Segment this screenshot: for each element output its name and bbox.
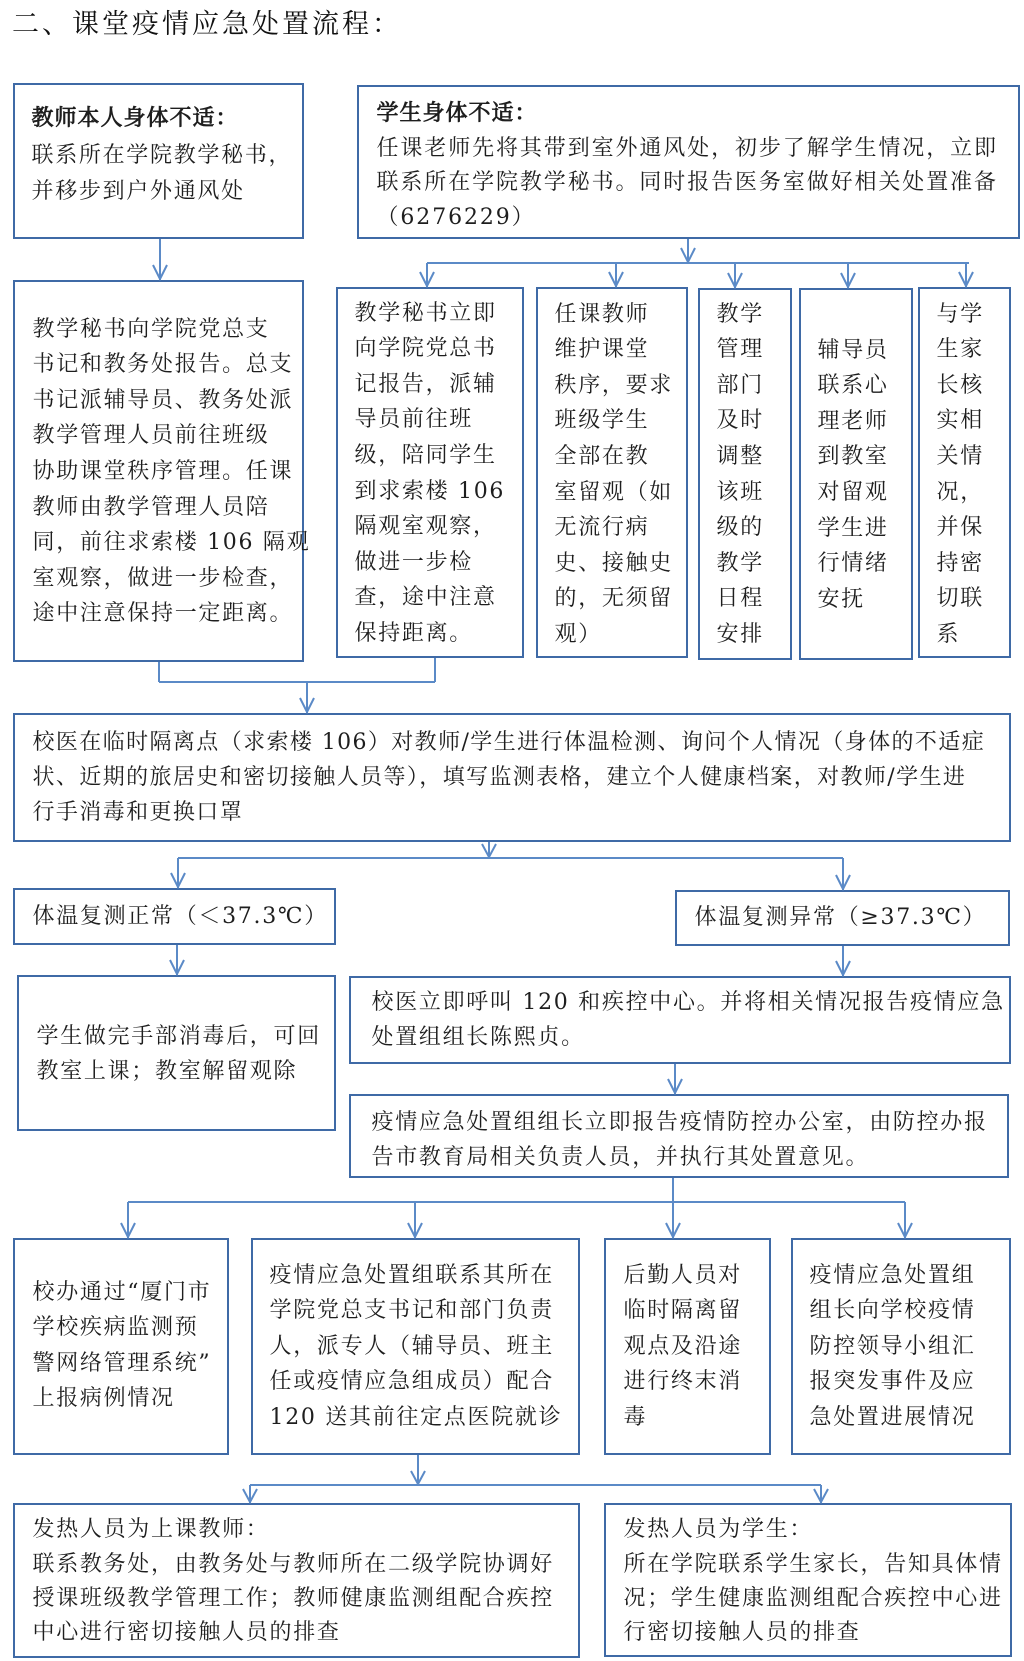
- box-text-line: 记报告，派辅: [355, 367, 506, 403]
- box-text-line: 安抚: [818, 582, 889, 618]
- box-text-line: 中心进行密切接触人员的排查: [33, 1616, 554, 1650]
- arrow-merge-to-doctor-icon: [159, 658, 435, 713]
- box-text-line: 急处置进展情况: [810, 1400, 976, 1436]
- box-text-line: 行情绪: [818, 546, 889, 582]
- box-text-line: 关情: [937, 439, 984, 475]
- arrow-call-to-report-icon: [668, 1064, 682, 1094]
- box-text-line: 告市教育局相关负责人员，并执行其处置意见。: [372, 1140, 988, 1175]
- box-heading: 学生身体不适：: [377, 97, 998, 132]
- box-text-line: 毒: [624, 1400, 743, 1436]
- box-heading: 教师本人身体不适：: [32, 101, 293, 138]
- box-text-line: 教室上课；教室解留观除: [37, 1054, 321, 1089]
- box-text-line: 联系所在学院教学秘书，: [32, 138, 293, 175]
- step-student-unwell: 学生身体不适： 任课老师先将其带到室外通风处，初步了解学生情况，立即 联系所在学…: [357, 85, 1020, 239]
- box-text: 发热人员为学生： 所在学院联系学生家长，告知具体情 况；学生健康监测组配合疾控中…: [624, 1513, 1003, 1650]
- page-title: 二、课堂疫情应急处置流程：: [12, 5, 402, 45]
- box-heading: 发热人员为学生：: [624, 1513, 1003, 1547]
- box-text-line: 上报病例情况: [33, 1381, 212, 1417]
- box-text-line: 疫情应急处置组: [810, 1258, 976, 1294]
- action-send-hospital: 疫情应急处置组联系其所在 学院党总支书记和部门负责 人，派专人（辅导员、班主 任…: [251, 1238, 580, 1455]
- box-text: 疫情应急处置组联系其所在 学院党总支书记和部门负责 人，派专人（辅导员、班主 任…: [270, 1258, 563, 1436]
- box-text-line: 秩序，要求: [555, 368, 674, 404]
- box-text-line: 教学秘书立即: [355, 296, 506, 332]
- box-text: 学生身体不适： 任课老师先将其带到室外通风处，初步了解学生情况，立即 联系所在学…: [377, 97, 998, 236]
- box-text-line: 全部在教: [555, 439, 674, 475]
- box-text: 体温复测正常（＜37.3℃）: [33, 899, 328, 935]
- box-text: 体温复测异常（≥37.3℃）: [695, 900, 987, 936]
- box-text-line: 途中注意保持一定距离。: [33, 596, 311, 632]
- case-fever-teacher: 发热人员为上课教师： 联系教务处，由教务处与教师所在二级学院协调好 授课班级教学…: [13, 1503, 580, 1658]
- box-text-line: 学校疾病监测预: [33, 1310, 212, 1346]
- box-text-line: 做进一步检: [355, 545, 506, 581]
- box-text-line: 任课教师: [555, 297, 674, 333]
- box-text-line: （6276229）: [377, 201, 998, 236]
- box-text-line: 对留观: [818, 475, 889, 511]
- arrow-abnormal-to-call-icon: [836, 946, 850, 976]
- step-report-office: 疫情应急处置组组长立即报告疫情防控办公室，由防控办报 告市教育局相关负责人员，并…: [349, 1094, 1009, 1178]
- box-text: 教学 管理 部门 及时 调整 该班 级的 教学 日程 安排: [717, 297, 764, 653]
- box-text-line: 授课班级教学管理工作；教师健康监测组配合疾控: [33, 1582, 554, 1616]
- box-text: 辅导员 联系心 理老师 到教室 对留观 学生进 行情绪 安抚: [818, 333, 889, 618]
- box-text: 与学 生家 长核 实相 关情 况， 并保 持密 切联 系: [937, 297, 984, 653]
- box-text-line: 级，陪同学生: [355, 438, 506, 474]
- box-text-line: 120 送其前往定点医院就诊: [270, 1400, 563, 1436]
- box-text-line: 防控领导小组汇: [810, 1329, 976, 1365]
- box-text-line: 查，途中注意: [355, 580, 506, 616]
- box-text-line: 安排: [717, 617, 764, 653]
- branch-secretary: 教学秘书立即 向学院党总书 记报告，派辅 导员前往班 级，陪同学生 到求索楼 1…: [336, 287, 524, 658]
- box-text-line: 行密切接触人员的排查: [624, 1616, 1003, 1650]
- box-text: 校医在临时隔离点（求索楼 106）对教师/学生进行体温检测、询问个人情况（身体的…: [33, 725, 986, 830]
- box-text: 教师本人身体不适： 联系所在学院教学秘书， 并移步到户外通风处: [32, 101, 293, 211]
- branch-teacher: 任课教师 维护课堂 秩序，要求 班级学生 全部在教 室留观（如 无流行病 史、接…: [536, 287, 688, 658]
- box-text-line: 及时: [717, 403, 764, 439]
- box-text-line: 观点及沿途: [624, 1329, 743, 1365]
- box-text-line: 并保: [937, 510, 984, 546]
- box-text-line: 任或疫情应急组成员）配合: [270, 1364, 563, 1400]
- box-text-line: 日程: [717, 581, 764, 617]
- box-text-line: 况，: [937, 475, 984, 511]
- box-text: 校办通过“厦门市 学校疾病监测预 警网络管理系统” 上报病例情况: [33, 1275, 212, 1417]
- box-text-line: 切联: [937, 581, 984, 617]
- box-text-line: 教学: [717, 546, 764, 582]
- step-normal-action: 学生做完手部消毒后，可回 教室上课；教室解留观除: [17, 975, 336, 1131]
- temp-normal-label: 体温复测正常（＜37.3℃）: [33, 899, 328, 935]
- box-text-line: 所在学院联系学生家长，告知具体情: [624, 1548, 1003, 1582]
- box-text-line: 隔观室观察，: [355, 509, 506, 545]
- step-doctor-check: 校医在临时隔离点（求索楼 106）对教师/学生进行体温检测、询问个人情况（身体的…: [13, 713, 1011, 842]
- step-secretary-report: 教学秘书向学院党总支 书记和教务处报告。总支 书记派辅导员、教务处派 教学管理人…: [13, 280, 304, 662]
- result-temp-abnormal: 体温复测异常（≥37.3℃）: [675, 890, 1010, 946]
- box-text-line: 调整: [717, 439, 764, 475]
- box-text-line: 报突发事件及应: [810, 1364, 976, 1400]
- branch-admin: 教学 管理 部门 及时 调整 该班 级的 教学 日程 安排: [698, 288, 792, 660]
- step-teacher-unwell: 教师本人身体不适： 联系所在学院教学秘书， 并移步到户外通风处: [13, 83, 304, 239]
- arrow-teacher-to-secretary-icon: [153, 239, 167, 280]
- arrow-report-fork-icon: [121, 1178, 912, 1238]
- branch-counselor: 辅导员 联系心 理老师 到教室 对留观 学生进 行情绪 安抚: [799, 288, 913, 660]
- box-text-line: 校医在临时隔离点（求索楼 106）对教师/学生进行体温检测、询问个人情况（身体的…: [33, 725, 986, 760]
- box-text: 教学秘书向学院党总支 书记和教务处报告。总支 书记派辅导员、教务处派 教学管理人…: [33, 312, 311, 632]
- box-text-line: 导员前往班: [355, 402, 506, 438]
- branch-parents: 与学 生家 长核 实相 关情 况， 并保 持密 切联 系: [918, 287, 1011, 658]
- box-text-line: 后勤人员对: [624, 1258, 743, 1294]
- box-text-line: 部门: [717, 368, 764, 404]
- box-text: 发热人员为上课教师： 联系教务处，由教务处与教师所在二级学院协调好 授课班级教学…: [33, 1513, 554, 1650]
- box-text: 校医立即呼叫 120 和疾控中心。并将相关情况报告疫情应急 处置组组长陈熙贞。: [372, 985, 1005, 1055]
- box-text-line: 系: [937, 617, 984, 653]
- box-text-line: 到教室: [818, 439, 889, 475]
- box-text-line: 警网络管理系统”: [33, 1346, 212, 1382]
- box-text: 任课教师 维护课堂 秩序，要求 班级学生 全部在教 室留观（如 无流行病 史、接…: [555, 297, 674, 653]
- box-text-line: 联系所在学院教学秘书。同时报告医务室做好相关处置准备: [377, 166, 998, 201]
- box-text-line: 处置组组长陈熙贞。: [372, 1020, 1005, 1055]
- box-text-line: 状、近期的旅居史和密切接触人员等），填写监测表格，建立个人健康档案，对教师/学生…: [33, 760, 986, 795]
- box-text-line: 无流行病: [555, 510, 674, 546]
- box-text-line: 协助课堂秩序管理。任课: [33, 454, 311, 490]
- box-text-line: 联系心: [818, 368, 889, 404]
- step-call-120: 校医立即呼叫 120 和疾控中心。并将相关情况报告疫情应急 处置组组长陈熙贞。: [349, 976, 1011, 1064]
- box-heading: 发热人员为上课教师：: [33, 1513, 554, 1547]
- box-text-line: 学生做完手部消毒后，可回: [37, 1019, 321, 1054]
- box-text: 疫情应急处置组组长立即报告疫情防控办公室，由防控办报 告市教育局相关负责人员，并…: [372, 1105, 988, 1175]
- box-text-line: 书记派辅导员、教务处派: [33, 383, 311, 419]
- action-disinfection: 后勤人员对 临时隔离留 观点及沿途 进行终末消 毒: [604, 1238, 771, 1455]
- box-text-line: 到求索楼 106: [355, 474, 506, 510]
- box-text-line: 教学管理人员前往班级: [33, 418, 311, 454]
- box-text-line: 联系教务处，由教务处与教师所在二级学院协调好: [33, 1548, 554, 1582]
- box-text-line: 辅导员: [818, 333, 889, 369]
- arrow-hospital-to-cases-icon: [243, 1455, 828, 1503]
- box-text: 疫情应急处置组 组长向学校疫情 防控领导小组汇 报突发事件及应 急处置进展情况: [810, 1258, 976, 1436]
- box-text-line: 长核: [937, 368, 984, 404]
- box-text-line: 的，无须留: [555, 581, 674, 617]
- box-text-line: 校医立即呼叫 120 和疾控中心。并将相关情况报告疫情应急: [372, 985, 1005, 1020]
- box-text-line: 学院党总支书记和部门负责: [270, 1293, 563, 1329]
- box-text-line: 校办通过“厦门市: [33, 1275, 212, 1311]
- box-text-line: 班级学生: [555, 403, 674, 439]
- box-text-line: 行手消毒和更换口罩: [33, 795, 986, 830]
- arrow-student-fork-icon: [420, 239, 973, 288]
- box-text-line: 管理: [717, 332, 764, 368]
- box-text: 后勤人员对 临时隔离留 观点及沿途 进行终末消 毒: [624, 1258, 743, 1436]
- box-text-line: 保持距离。: [355, 616, 506, 652]
- box-text-line: 学生进: [818, 511, 889, 547]
- case-fever-student: 发热人员为学生： 所在学院联系学生家长，告知具体情 况；学生健康监测组配合疾控中…: [604, 1503, 1012, 1657]
- box-text-line: 观）: [555, 617, 674, 653]
- box-text: 学生做完手部消毒后，可回 教室上课；教室解留观除: [37, 1019, 321, 1089]
- box-text-line: 疫情应急处置组联系其所在: [270, 1258, 563, 1294]
- box-text-line: 级的: [717, 510, 764, 546]
- arrow-normal-to-action-icon: [170, 945, 184, 975]
- box-text-line: 并移步到户外通风处: [32, 174, 293, 211]
- box-text-line: 维护课堂: [555, 332, 674, 368]
- box-text-line: 临时隔离留: [624, 1293, 743, 1329]
- arrow-temperature-split-icon: [171, 842, 850, 890]
- box-text-line: 室观察，做进一步检查，: [33, 561, 311, 597]
- action-report-leadership: 疫情应急处置组 组长向学校疫情 防控领导小组汇 报突发事件及应 急处置进展情况: [791, 1238, 1011, 1455]
- box-text-line: 同，前往求索楼 106 隔观: [33, 525, 311, 561]
- action-report-system: 校办通过“厦门市 学校疾病监测预 警网络管理系统” 上报病例情况: [13, 1238, 229, 1455]
- box-text-line: 况；学生健康监测组配合疾控中心进: [624, 1582, 1003, 1616]
- result-temp-normal: 体温复测正常（＜37.3℃）: [13, 888, 336, 945]
- box-text-line: 教学: [717, 297, 764, 333]
- box-text-line: 教师由教学管理人员陪: [33, 490, 311, 526]
- box-text-line: 书记和教务处报告。总支: [33, 347, 311, 383]
- box-text-line: 向学院党总书: [355, 331, 506, 367]
- box-text-line: 与学: [937, 297, 984, 333]
- box-text-line: 实相: [937, 403, 984, 439]
- box-text-line: 进行终末消: [624, 1364, 743, 1400]
- temp-abnormal-label: 体温复测异常（≥37.3℃）: [695, 900, 987, 936]
- box-text-line: 疫情应急处置组组长立即报告疫情防控办公室，由防控办报: [372, 1105, 988, 1140]
- box-text-line: 史、接触史: [555, 546, 674, 582]
- box-text-line: 室留观（如: [555, 475, 674, 511]
- box-text-line: 生家: [937, 332, 984, 368]
- box-text: 教学秘书立即 向学院党总书 记报告，派辅 导员前往班 级，陪同学生 到求索楼 1…: [355, 296, 506, 652]
- box-text-line: 该班: [717, 475, 764, 511]
- box-text-line: 教学秘书向学院党总支: [33, 312, 311, 348]
- box-text-line: 组长向学校疫情: [810, 1293, 976, 1329]
- box-text-line: 理老师: [818, 404, 889, 440]
- box-text-line: 人，派专人（辅导员、班主: [270, 1329, 563, 1365]
- box-text-line: 任课老师先将其带到室外通风处，初步了解学生情况，立即: [377, 132, 998, 167]
- box-text-line: 持密: [937, 546, 984, 582]
